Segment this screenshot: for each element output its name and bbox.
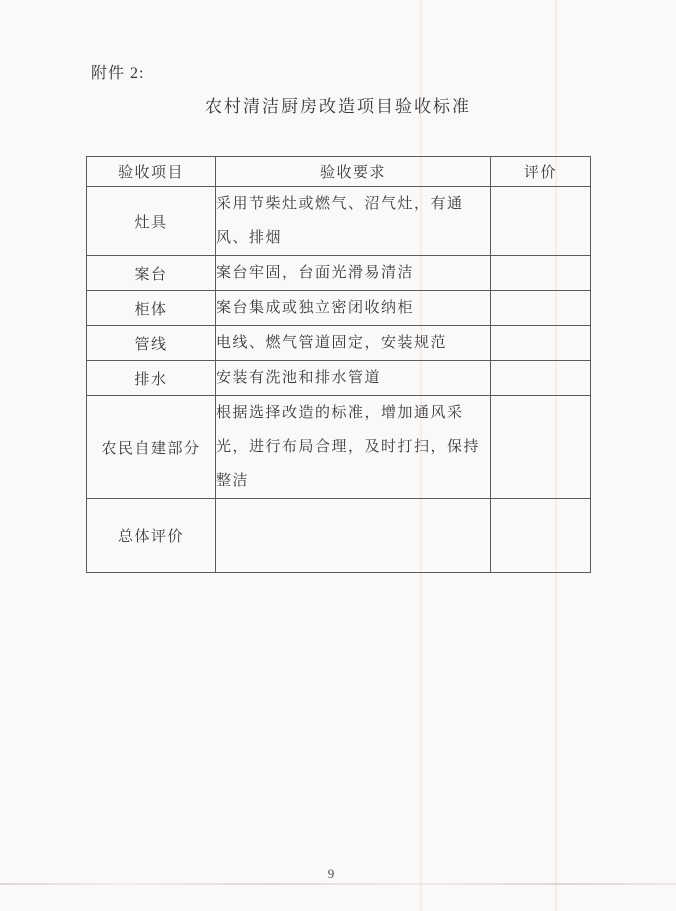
table-row: 案台 案台牢固，台面光滑易清洁	[87, 256, 591, 291]
item-cell: 案台	[87, 256, 216, 291]
table-row: 灶具 采用节柴灶或燃气、沼气灶，有通风、排烟	[87, 187, 591, 256]
scan-smudge	[0, 883, 676, 885]
evaluation-cell	[491, 291, 591, 326]
table-row: 农民自建部分 根据选择改造的标准，增加通风采光，进行布局合理，及时打扫，保持整洁	[87, 396, 591, 499]
acceptance-standards-table: 验收项目 验收要求 评价 灶具 采用节柴灶或燃气、沼气灶，有通风、排烟 案台 案…	[86, 156, 591, 573]
col-header-acceptance-requirement: 验收要求	[216, 157, 491, 187]
item-cell: 排水	[87, 361, 216, 396]
item-cell: 总体评价	[87, 499, 216, 573]
requirement-cell: 案台牢固，台面光滑易清洁	[216, 256, 491, 291]
col-header-acceptance-item: 验收项目	[87, 157, 216, 187]
table-row: 柜体 案台集成或独立密闭收纳柜	[87, 291, 591, 326]
requirement-cell: 案台集成或独立密闭收纳柜	[216, 291, 491, 326]
page-number: 9	[0, 866, 662, 882]
requirement-cell: 采用节柴灶或燃气、沼气灶，有通风、排烟	[216, 187, 491, 256]
table-row: 总体评价	[87, 499, 591, 573]
requirement-cell	[216, 499, 491, 573]
item-cell: 农民自建部分	[87, 396, 216, 499]
table-header-row: 验收项目 验收要求 评价	[87, 157, 591, 187]
evaluation-cell	[491, 256, 591, 291]
scanned-document-page: 附件 2: 农村清洁厨房改造项目验收标准 验收项目 验收要求 评价 灶具 采用节…	[0, 0, 676, 911]
evaluation-cell	[491, 326, 591, 361]
requirement-cell: 根据选择改造的标准，增加通风采光，进行布局合理，及时打扫，保持整洁	[216, 396, 491, 499]
item-cell: 灶具	[87, 187, 216, 256]
item-cell: 管线	[87, 326, 216, 361]
document-title: 农村清洁厨房改造项目验收标准	[0, 92, 676, 117]
item-cell: 柜体	[87, 291, 216, 326]
evaluation-cell	[491, 361, 591, 396]
table-row: 管线 电线、燃气管道固定，安装规范	[87, 326, 591, 361]
attachment-label: 附件 2:	[91, 60, 144, 83]
col-header-evaluation: 评价	[491, 157, 591, 187]
evaluation-cell	[491, 499, 591, 573]
requirement-cell: 电线、燃气管道固定，安装规范	[216, 326, 491, 361]
table-row: 排水 安装有洗池和排水管道	[87, 361, 591, 396]
evaluation-cell	[491, 187, 591, 256]
requirement-cell: 安装有洗池和排水管道	[216, 361, 491, 396]
evaluation-cell	[491, 396, 591, 499]
